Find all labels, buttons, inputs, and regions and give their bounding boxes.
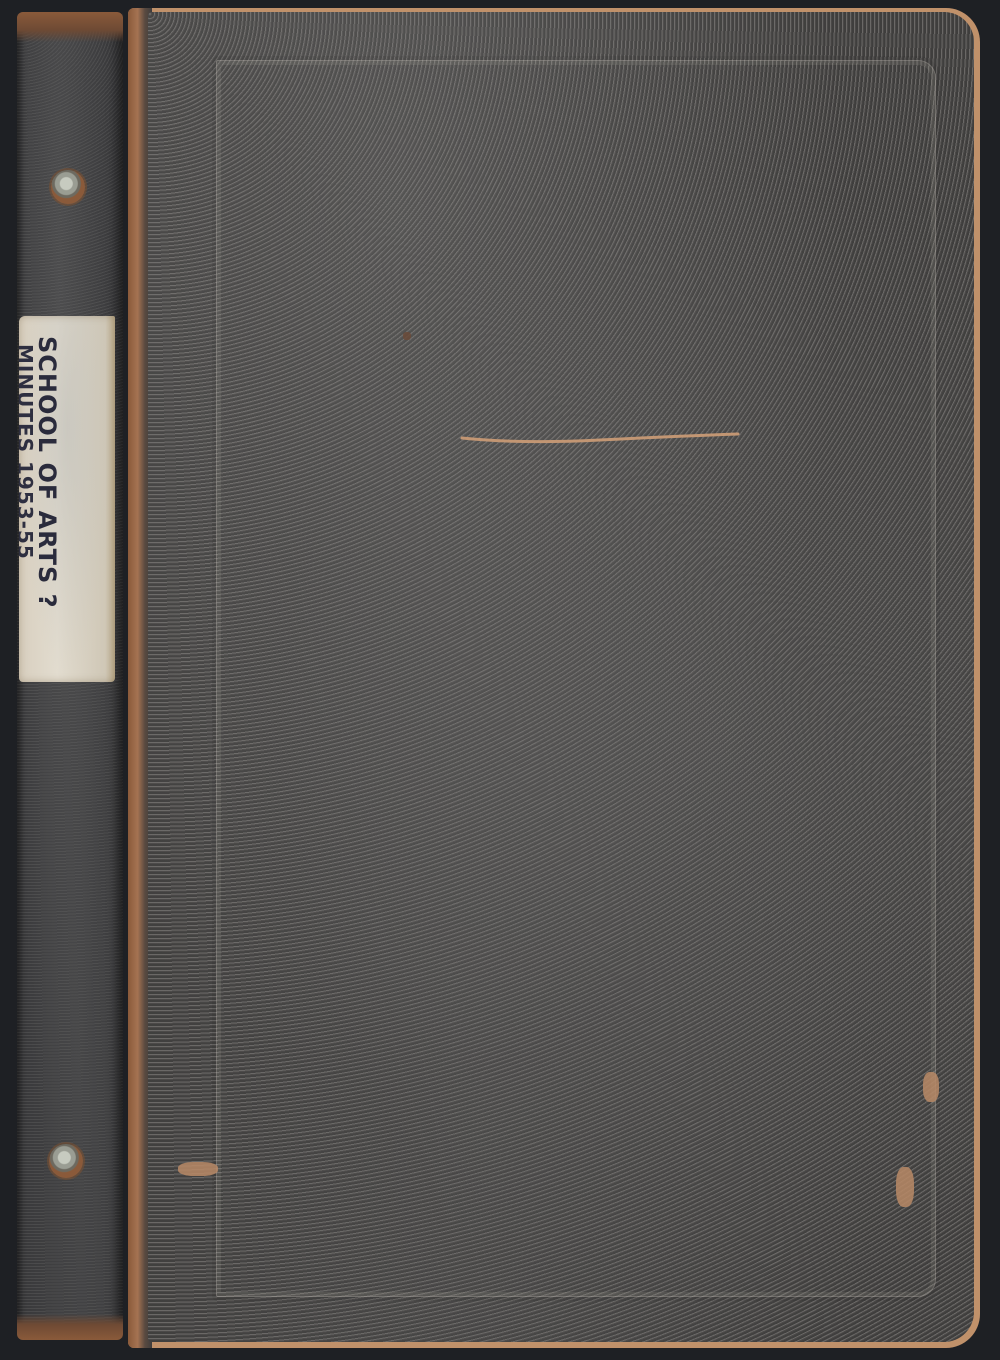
spine-label-title: SCHOOL OF ARTS ? — [33, 336, 61, 609]
cover-leather — [148, 12, 974, 1342]
scuff-mark — [403, 332, 411, 340]
scuff-mark — [178, 1162, 218, 1176]
spine-bottom-wear — [17, 1314, 123, 1340]
spine: SCHOOL OF ARTS ? MINUTES 1953-55 — [17, 12, 123, 1340]
scuff-mark — [923, 1072, 939, 1102]
front-cover — [128, 8, 980, 1348]
spine-label-subtitle: MINUTES 1953-55 — [19, 344, 37, 560]
rivet-top-icon — [51, 170, 85, 204]
spine-top-wear — [17, 12, 123, 42]
spine-label: SCHOOL OF ARTS ? MINUTES 1953-55 — [19, 316, 115, 682]
scuff-mark — [896, 1167, 914, 1207]
rivet-bottom-icon — [49, 1144, 83, 1178]
cover-scratch — [460, 432, 740, 444]
blind-tooled-border — [216, 60, 936, 1297]
